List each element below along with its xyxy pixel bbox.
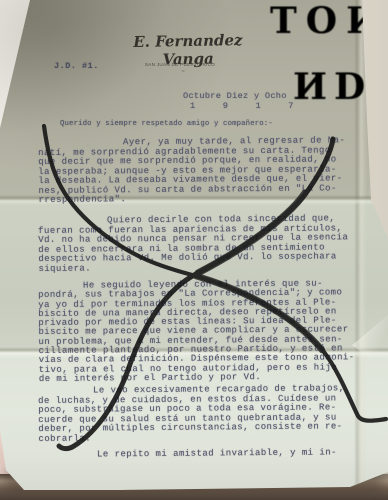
typed-line: cobrarla. [38, 432, 378, 444]
paragraph-1: Ayer, ya muy tarde, al regresar de Ma-na… [38, 136, 379, 205]
typed-line: rrespondencia". [38, 193, 378, 205]
letter-photograph: TOИ ИD J.D. #1. E. Fernandez Vanga San J… [0, 0, 388, 500]
paragraph-5: Le repito mi amistad invariable, y mi in… [38, 448, 378, 460]
salutation: Querido y siempre respetado amigo y comp… [60, 120, 273, 128]
paragraph-2: Quiero decirle con toda sinceridad que,f… [38, 214, 378, 275]
date-line-words: Octubre Diez y Ocho [183, 91, 287, 101]
bleedthrough-watermark-line2: ИD [293, 66, 372, 108]
date-line-year: 1 9 1 7 [190, 101, 294, 111]
typed-line: siquiera. [38, 262, 378, 275]
letter-paper: TOИ ИD J.D. #1. E. Fernandez Vanga San J… [0, 0, 388, 500]
letterhead-address: San Juan de Puerto Rico [140, 62, 220, 67]
paragraph-4: Le veo excesivamente recargado de trabaj… [38, 384, 378, 444]
reference-number: J.D. #1. [54, 61, 99, 71]
paragraph-3: He seguido leyendo con el interés que su… [38, 279, 379, 384]
typed-line: Le repito mi amistad invariable, y mi in… [38, 448, 378, 460]
typed-line: de mi interés por el Partido y por Vd. [39, 372, 379, 384]
letterhead-ornament: ~ [168, 68, 198, 75]
